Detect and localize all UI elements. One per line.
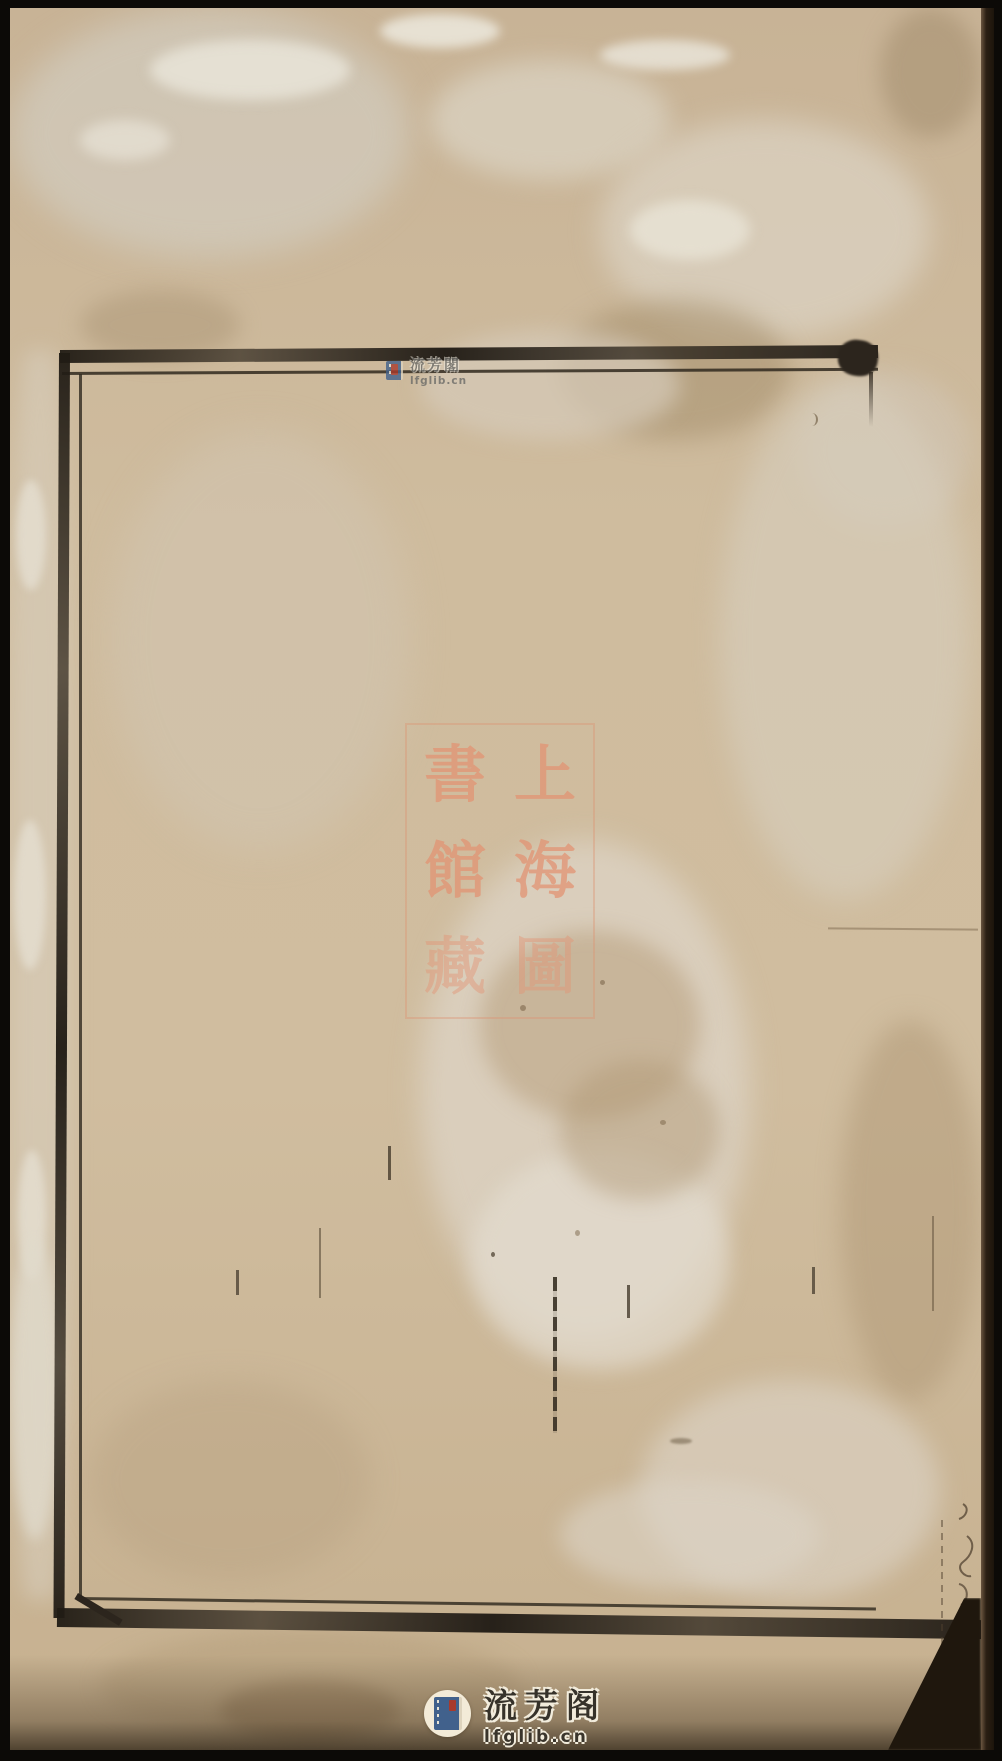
seal-column-left: 書 館 藏 <box>415 731 495 1011</box>
watermark-site-url: lfglib.cn <box>410 375 467 387</box>
scanned-book-page: 書 館 藏 上 海 圖 流芳閣 lfglib.cn <box>0 0 1002 1761</box>
seal-character: 海 <box>505 827 585 915</box>
scan-border-left <box>0 0 10 1761</box>
library-seal: 書 館 藏 上 海 圖 <box>405 723 595 1019</box>
seal-column-right: 上 海 圖 <box>505 731 585 1011</box>
watermark-badge <box>424 1690 471 1737</box>
watermark-site-name: 流芳閣 <box>410 354 467 375</box>
book-icon <box>434 1697 462 1730</box>
book-icon <box>386 361 403 380</box>
watermark-site-name: 流芳阁 <box>484 1680 607 1727</box>
ink-bleed-mark <box>319 1228 321 1298</box>
ink-bleed-mark <box>812 1267 815 1294</box>
ink-smudge <box>670 1438 692 1444</box>
ink-dot <box>491 1252 495 1257</box>
scan-border-bottom <box>0 1750 1002 1761</box>
seal-character: 書 <box>415 731 495 819</box>
watermark-site-url: lfglib.cn <box>484 1727 607 1747</box>
watermark-top-texts: 流芳閣 lfglib.cn <box>410 354 467 387</box>
ink-bleed-mark <box>627 1285 630 1318</box>
watermark-bottom-texts: 流芳阁 lfglib.cn <box>484 1680 607 1747</box>
scan-border-right <box>994 0 1002 1761</box>
watermark-bottom: 流芳阁 lfglib.cn <box>424 1680 607 1747</box>
seal-character: 上 <box>505 731 585 819</box>
seal-character: 藏 <box>415 923 495 1011</box>
seal-character: 圖 <box>505 923 585 1011</box>
ink-bleed-mark <box>932 1216 934 1311</box>
frame-right-border-fragment <box>869 372 873 427</box>
ink-bleed-mark <box>236 1270 239 1295</box>
frame-left-border-thin <box>79 374 82 1598</box>
seal-character: 館 <box>415 827 495 915</box>
scan-border-top <box>0 0 1002 8</box>
ink-bleed-mark <box>388 1146 391 1180</box>
watermark-top: 流芳閣 lfglib.cn <box>386 354 467 387</box>
ink-bleed-mark-dashed <box>553 1277 557 1433</box>
